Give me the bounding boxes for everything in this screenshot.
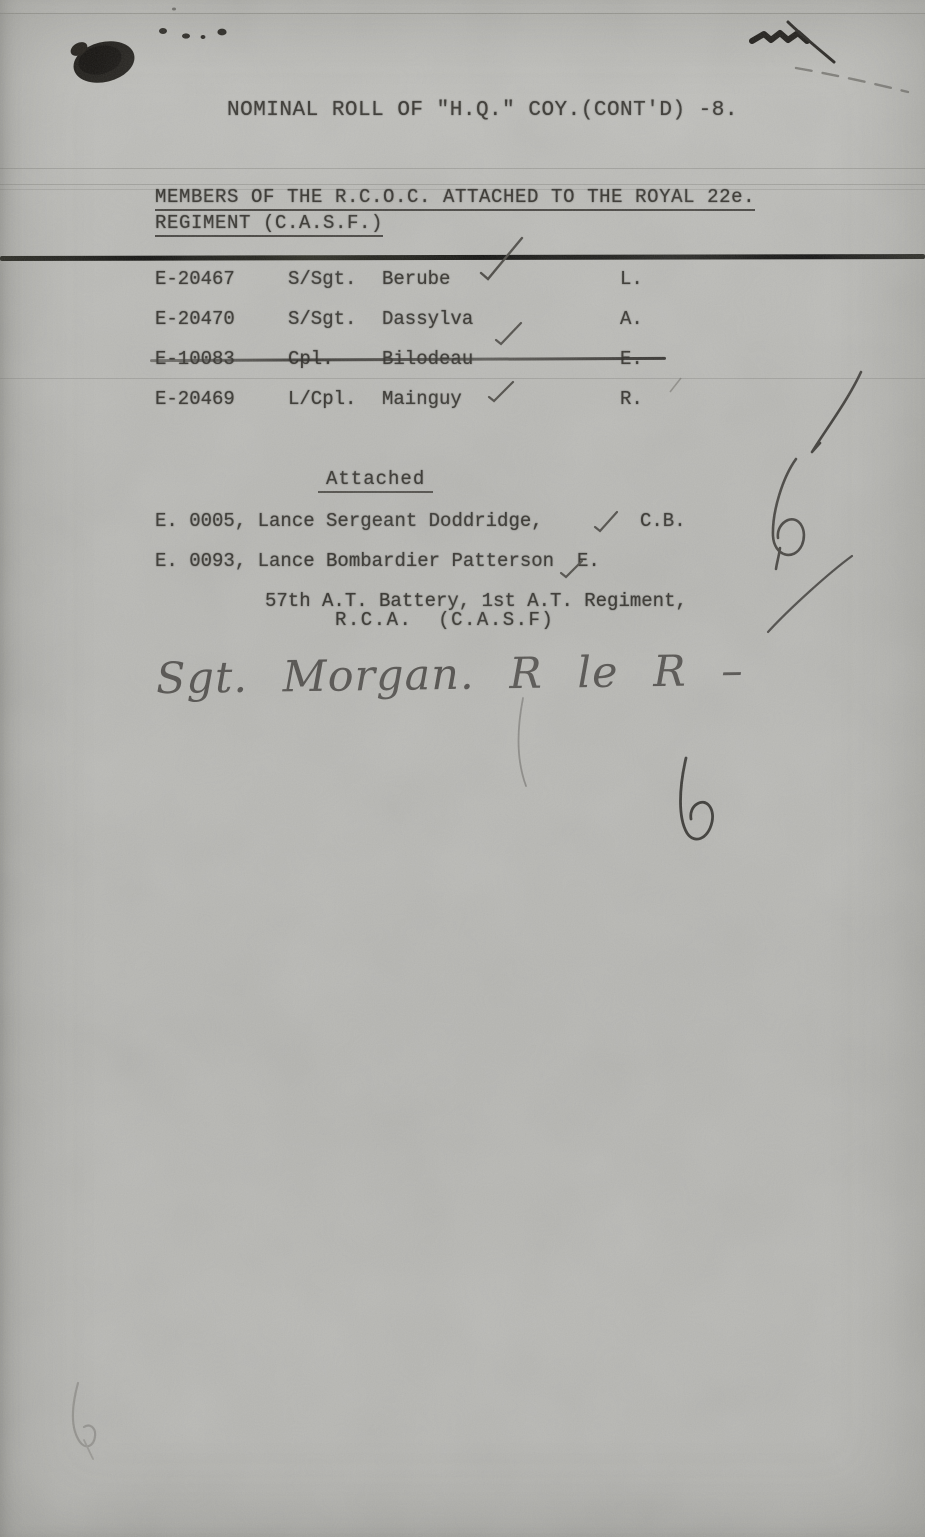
attached-entry-text: E. 0005, Lance Sergeant Doddridge, [155, 510, 543, 532]
pencil-numeral-6-bottom-left [73, 1383, 95, 1459]
scan-line [0, 184, 925, 185]
scanned-document-page: NOMINAL ROLL OF "H.Q." COY.(CONT'D) -8. … [0, 0, 925, 1537]
surname: Berube [382, 268, 450, 290]
attached-entry-initials: E. [577, 550, 600, 572]
unit-line-2: R.C.A. (C.A.S.F) [335, 609, 554, 631]
attached-entry: E. 0005, Lance Sergeant Doddridge, C.B. [0, 510, 925, 534]
initials: L. [620, 268, 643, 290]
ink-blob [68, 35, 139, 89]
service-number: E-20470 [155, 308, 235, 330]
surname: Dassylva [382, 308, 473, 330]
service-number: E-20469 [155, 388, 235, 410]
pencil-numeral-6-lower [681, 758, 713, 839]
paper-grain-overlay [0, 0, 925, 1537]
initials: A. [620, 308, 643, 330]
handwritten-note: Sgt. Morgan. R le R – [156, 646, 744, 704]
roster-row: E-20469 L/Cpl. Mainguy R. [0, 388, 925, 412]
initials: R. [620, 388, 643, 410]
scan-line [0, 13, 925, 14]
rank: S/Sgt. [288, 308, 356, 330]
roster-row: E-20467 S/Sgt. Berube L. [0, 268, 925, 292]
section-heading-continued: REGIMENT (C.A.S.F.) [155, 212, 383, 234]
annotation-marks-overlay [0, 0, 925, 1537]
roster-row: E-20470 S/Sgt. Dassylva A. [0, 308, 925, 332]
ink-scribble-top-right [752, 22, 908, 92]
rank: S/Sgt. [288, 268, 356, 290]
typed-rule-line [0, 254, 925, 261]
pencil-flourish [519, 698, 527, 786]
service-number: E-20467 [155, 268, 235, 290]
attached-heading: Attached [318, 468, 433, 493]
surname: Mainguy [382, 388, 462, 410]
attached-entry-initials: C.B. [640, 510, 686, 532]
section-heading-line2: REGIMENT (C.A.S.F.) [155, 212, 383, 237]
page-title: NOMINAL ROLL OF "H.Q." COY.(CONT'D) -8. [227, 99, 738, 122]
pencil-stroke [812, 372, 861, 452]
scan-line [0, 168, 925, 169]
attached-entry-text: E. 0093, Lance Bombardier Patterson [155, 550, 554, 572]
rank: L/Cpl. [288, 388, 356, 410]
section-heading-line1: MEMBERS OF THE R.C.O.C. ATTACHED TO THE … [155, 186, 755, 211]
attached-entry: E. 0093, Lance Bombardier Patterson E. [0, 550, 925, 574]
scan-line [0, 378, 925, 379]
section-heading: MEMBERS OF THE R.C.O.C. ATTACHED TO THE … [155, 186, 755, 208]
